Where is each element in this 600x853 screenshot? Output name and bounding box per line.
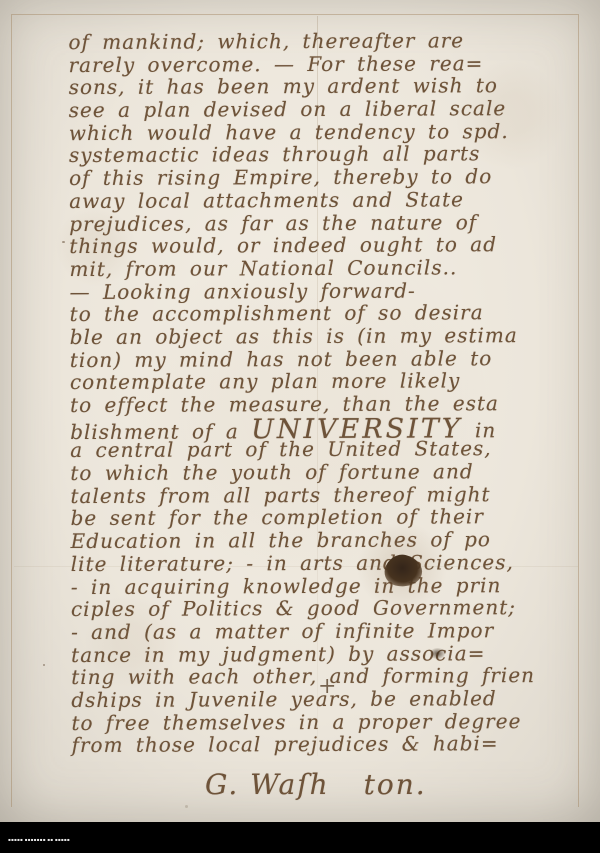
footer-bar: ▪▪▪▪▪ ▪▪▪▪▪▪▪ ▪▪ ▪▪▪▪▪▪ ▪▪▪▪▪▪▪ — [0, 822, 600, 853]
manuscript-line: ciples of Politics & good Government; — [71, 596, 557, 621]
paper-speck — [62, 241, 65, 243]
manuscript-line: from those local prejudices & habi= — [71, 732, 557, 757]
manuscript-line: of mankind; which, thereafter are — [68, 29, 554, 54]
manuscript-line: ble an object as this is (in my estima — [70, 324, 556, 349]
manuscript-line: of this rising Empire, thereby to do — [69, 165, 555, 190]
signature-left: G. Waſh — [205, 768, 330, 801]
manuscript-line: which would have a tendency to spd. — [69, 120, 555, 145]
letter-body: of mankind; which, thereafter are rarely… — [68, 29, 557, 757]
manuscript-line: dships in Juvenile years, be enabled — [71, 687, 557, 712]
manuscript-line: mit, from our National Councils.. — [69, 256, 555, 281]
manuscript-line: see a plan devised on a liberal scale — [69, 97, 555, 122]
manuscript-line: - and (as a matter of infinite Impor — [71, 619, 557, 644]
manuscript-line: away local attachments and State — [69, 188, 555, 213]
manuscript-line: to which the youth of fortune and — [70, 460, 556, 485]
ink-blot-small — [430, 648, 445, 659]
footer-micro-text: ▪▪▪▪▪ ▪▪▪▪▪▪▪ ▪▪ ▪▪▪▪▪▪ ▪▪▪▪▪▪▪ — [8, 837, 70, 842]
manuscript-line: talents from all parts thereof might — [70, 483, 556, 508]
signature-right: ton. — [364, 768, 427, 801]
manuscript-line: tion) my mind has not been able to — [70, 347, 556, 372]
insertion-caret-mark: + — [318, 674, 336, 699]
manuscript-scan: of mankind; which, thereafter are rarely… — [0, 0, 600, 822]
manuscript-line: lite literature; - in arts and Sciences, — [71, 551, 557, 576]
paper-speck — [43, 664, 45, 666]
signature-g-washington: G. Waſhton. — [205, 768, 427, 801]
manuscript-line: things would, or indeed ought to ad — [69, 233, 555, 258]
paper-speck — [185, 805, 188, 808]
manuscript-line: a central part of the United States, — [70, 437, 556, 462]
manuscript-line: Education in all the branches of po — [71, 528, 557, 553]
